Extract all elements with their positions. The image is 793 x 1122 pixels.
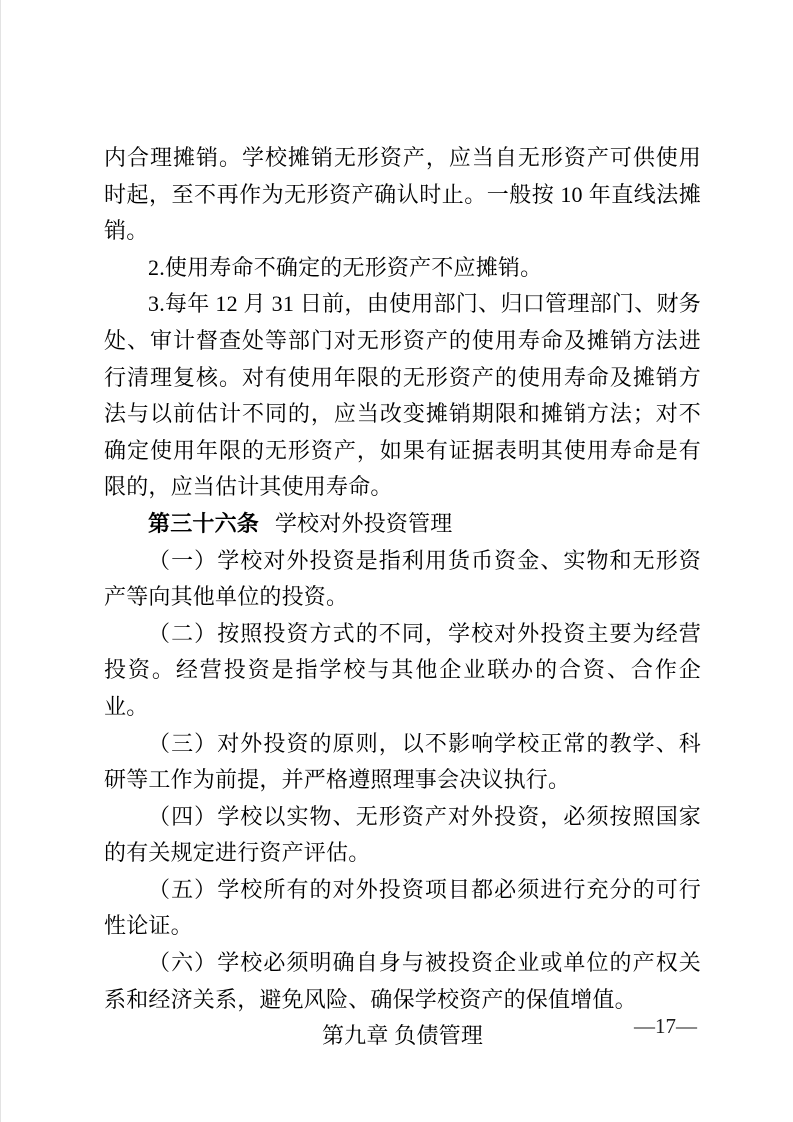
paragraph-clause-5: （五）学校所有的对外投资项目都必须进行充分的可行性论证。 — [104, 872, 701, 945]
paragraph-clause-2: （二）按照投资方式的不同，学校对外投资主要为经营投资。经营投资是指学校与其他企业… — [104, 616, 701, 726]
page-number: —17— — [634, 1013, 697, 1039]
article-number: 第三十六条 — [148, 511, 259, 536]
paragraph-clause-4: （四）学校以实物、无形资产对外投资，必须按照国家的有关规定进行资产评估。 — [104, 799, 701, 872]
paragraph-item-3: 3.每年 12 月 31 日前，由使用部门、归口管理部门、财务处、审计督查处等部… — [104, 286, 701, 506]
paragraph-amortization-continuation: 内合理摊销。学校摊销无形资产，应当自无形资产可供使用时起，至不再作为无形资产确认… — [104, 140, 701, 250]
document-page: 内合理摊销。学校摊销无形资产，应当自无形资产可供使用时起，至不再作为无形资产确认… — [0, 0, 793, 1122]
document-body: 内合理摊销。学校摊销无形资产，应当自无形资产可供使用时起，至不再作为无形资产确认… — [104, 140, 701, 1055]
paragraph-clause-6: （六）学校必须明确自身与被投资企业或单位的产权关系和经济关系，避免风险、确保学校… — [104, 945, 701, 1018]
article-title: 学校对外投资管理 — [275, 511, 453, 536]
paragraph-item-2: 2.使用寿命不确定的无形资产不应摊销。 — [104, 250, 701, 287]
chapter-heading: 第九章 负债管理 — [104, 1018, 701, 1055]
paragraph-clause-3: （三）对外投资的原则，以不影响学校正常的教学、科研等工作为前提，并严格遵照理事会… — [104, 726, 701, 799]
paragraph-clause-1: （一）学校对外投资是指利用货币资金、实物和无形资产等向其他单位的投资。 — [104, 543, 701, 616]
paragraph-article-36: 第三十六条学校对外投资管理 — [104, 506, 701, 543]
